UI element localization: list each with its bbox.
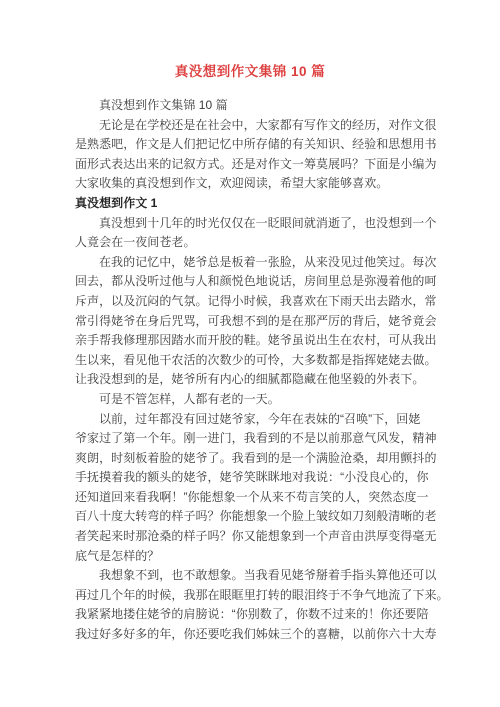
essay-line: 亲手帮我修理那因踏水而开胶的鞋。姥爷虽说出生在农村，可从我出 xyxy=(75,331,430,351)
essay-line: 还知道回来看我啊！”你能想象一个从来不苟言笑的人，突然态度一 xyxy=(75,488,430,508)
essay-line: 真没想到十几年的时光仅仅在一眨眼间就消逝了，也没想到一个 xyxy=(75,214,430,234)
essay-line: 手抚摸着我的额头的姥爷，姥爷笑眯眯地对我说：“小没良心的，你 xyxy=(75,468,430,488)
essay-line: 斥声，以及沉闷的气氛。记得小时候，我喜欢在下雨天出去踏水，常 xyxy=(75,292,430,312)
essay-line: 回去，都从没听过他与人和颜悦色地说话，房间里总是弥漫着他的呵 xyxy=(75,272,430,292)
essay-line: 在我的记忆中，姥爷总是板着一张脸，从来没见过他笑过。每次 xyxy=(75,253,430,273)
essay-line: 者笑起来时那沧桑的样子吗？你又能想象到一个声音由洪厚变得毫无 xyxy=(75,527,430,547)
essay-line: 爽朗，时刻板着脸的姥爷了。我看到的是一个满脸沧桑，却用颤抖的 xyxy=(75,449,430,469)
essay-line: 百八十度大转弯的样子吗？你能想象一个脸上皱纹如刀刻般清晰的老 xyxy=(75,507,430,527)
essay-line: 让我没想到的是，姥爷所有内心的细腻都隐藏在他坚毅的外表下。 xyxy=(75,370,430,390)
essay-line: 我过好多好多的年，你还要吃我们姊妹三个的喜糖，以前你六十大寿 xyxy=(75,625,430,645)
essay-line: 人竟会在一夜间苍老。 xyxy=(75,233,430,253)
essay-line: 真没想到作文集锦 10 篇 xyxy=(75,96,430,116)
document-page: 真没想到作文集锦 10 篇 真没想到作文集锦 10 篇无论是在学校还是在社会中，… xyxy=(0,0,500,707)
essay-line: 是熟悉吧，作文是人们把记忆中所存储的有关知识、经验和思想用书 xyxy=(75,135,430,155)
essay-line: 爷家过了第一个年。刚一进门，我看到的不是以前那意气风发，精神 xyxy=(75,429,430,449)
essay-line: 底气是怎样的？ xyxy=(75,547,430,567)
essay-line: 以前，过年都没有回过姥爷家，今年在表妹的“召唤”下，回姥 xyxy=(75,410,430,430)
essay-line: 大家收集的真没想到作文，欢迎阅读，希望大家能够喜欢。 xyxy=(75,174,430,194)
essay-line: 面形式表达出来的记叙方式。还是对作文一筹莫展吗？下面是小编为 xyxy=(75,155,430,175)
essay-line: 可是不管怎样，人都有老的一天。 xyxy=(75,390,430,410)
essay-line: 我紧紧地搂住姥爷的肩膀说：“你别数了，你数不过来的！你还要陪 xyxy=(75,605,430,625)
essay-line: 我想象不到，也不敢想象。当我看见姥爷掰着手指头算他还可以 xyxy=(75,566,430,586)
essay-line: 生以来，看见他干农活的次数少的可怜，大多数都是指挥姥姥去做。 xyxy=(75,351,430,371)
essay-line: 常引得姥爷在身后咒骂，可我想不到的是在那严厉的背后，姥爷竟会 xyxy=(75,312,430,332)
essay-line: 无论是在学校还是在社会中，大家都有写作文的经历，对作文很 xyxy=(75,116,430,136)
section-heading: 真没想到作文 1 xyxy=(75,194,430,214)
page-title: 真没想到作文集锦 10 篇 xyxy=(0,0,500,82)
essay-body: 真没想到作文集锦 10 篇无论是在学校还是在社会中，大家都有写作文的经历，对作文… xyxy=(0,96,500,645)
essay-line: 再过几个年的时候，我那在眼眶里打转的眼泪终于不争气地流了下来。 xyxy=(75,586,430,606)
